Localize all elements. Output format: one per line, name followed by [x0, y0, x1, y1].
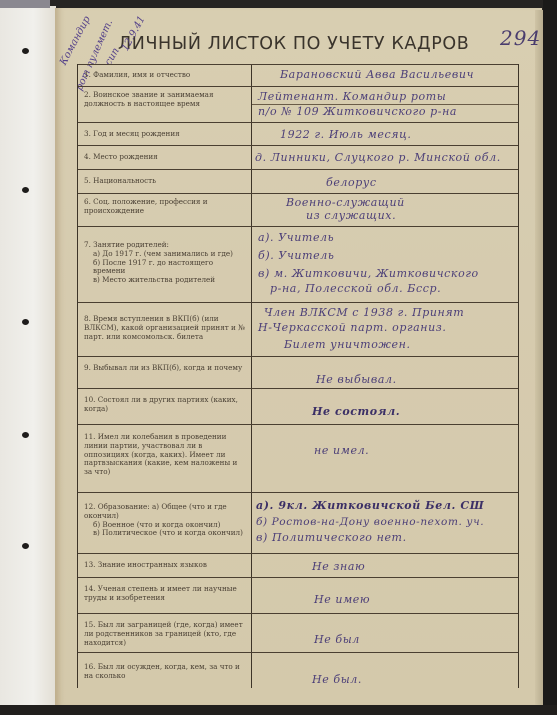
- sublabel-text: в) Политическое (что и когда окончил): [84, 529, 247, 538]
- handwritten-text: Не выбывал.: [258, 359, 512, 387]
- label-full-name: 1. Фамилия, имя и отчество: [78, 65, 252, 86]
- label-convicted: 16. Был ли осужден, когда, кем, за что и…: [78, 653, 252, 688]
- handwritten-text: Не имею: [258, 580, 512, 607]
- handwritten-text: Не состоял.: [258, 391, 512, 419]
- punch-hole-icon: [22, 543, 29, 549]
- handwritten-text: Лейтенант. Командир роты: [258, 89, 512, 104]
- handwritten-text: р-на, Полесской обл. Бсср.: [258, 282, 512, 296]
- row-rank-position: 2. Воинское звание и занимаемая должност…: [78, 86, 518, 122]
- row-convicted: 16. Был ли осужден, когда, кем, за что и…: [78, 652, 518, 688]
- handwritten-text: Член ВЛКСМ с 1938 г. Принят: [258, 305, 512, 320]
- label-birth-place: 4. Место рождения: [78, 146, 252, 169]
- handwritten-text: Не знаю: [258, 556, 512, 574]
- value-rank-position: Лейтенант. Командир роты п/о № 109 Житко…: [252, 87, 518, 122]
- label-hesitations: 11. Имел ли колебания в проведении линии…: [78, 425, 252, 492]
- label-birth-date: 3. Год и месяц рождения: [78, 123, 252, 145]
- value-hesitations: не имел.: [252, 425, 518, 492]
- scan-top-border: [50, 0, 557, 8]
- handwritten-text: а). 9кл. Житковичской Бел. СШ: [256, 495, 512, 514]
- row-nationality: 5. Национальность белорус: [78, 169, 518, 193]
- label-parents-occupation: 7. Занятие родителей: а) До 1917 г. (чем…: [78, 227, 252, 302]
- punch-hole-icon: [22, 48, 29, 54]
- handwritten-text: 1922 г. Июль месяц.: [258, 125, 512, 142]
- row-full-name: 1. Фамилия, имя и отчество Барановский А…: [78, 64, 518, 86]
- label-education: 12. Образование: а) Общее (что и где око…: [78, 493, 252, 553]
- value-social-status: Военно-служащий из служащих.: [252, 194, 518, 226]
- value-languages: Не знаю: [252, 554, 518, 577]
- punch-hole-icon: [22, 319, 29, 325]
- binding-strip: [0, 6, 56, 706]
- value-nationality: белорус: [252, 170, 518, 193]
- value-convicted: Не был.: [252, 653, 518, 688]
- value-party-membership: Член ВЛКСМ с 1938 г. Принят Н-Черкасской…: [252, 303, 518, 356]
- handwritten-text: из служащих.: [258, 209, 512, 223]
- handwritten-text: Н-Черкасской парт. организ.: [258, 320, 512, 336]
- row-abroad: 15. Был ли заграницей (где, когда) имеет…: [78, 613, 518, 652]
- ruled-line: [252, 104, 518, 105]
- row-social-status: 6. Соц. положение, профессия и происхожд…: [78, 193, 518, 226]
- label-party-membership: 8. Время вступления в ВКП(б) (или ВЛКСМ)…: [78, 303, 252, 356]
- value-full-name: Барановский Авва Васильевич: [252, 65, 518, 86]
- value-abroad: Не был: [252, 614, 518, 652]
- row-other-parties: 10. Состоял ли в других партиях (каких, …: [78, 388, 518, 424]
- value-academic-degree: Не имею: [252, 578, 518, 613]
- handwritten-text: Не был.: [258, 655, 512, 687]
- row-education: 12. Образование: а) Общее (что и где око…: [78, 492, 518, 553]
- punch-hole-icon: [22, 432, 29, 438]
- personnel-form-table: 1. Фамилия, имя и отчество Барановский А…: [77, 64, 519, 688]
- value-left-party: Не выбывал.: [252, 357, 518, 388]
- value-other-parties: Не состоял.: [252, 389, 518, 424]
- label-left-party: 9. Выбывал ли из ВКП(б), когда и почему: [78, 357, 252, 388]
- label-languages: 13. Знание иностранных языков: [78, 554, 252, 577]
- row-hesitations: 11. Имел ли колебания в проведении линии…: [78, 424, 518, 492]
- label-academic-degree: 14. Ученая степень и имеет ли научные тр…: [78, 578, 252, 613]
- row-parents-occupation: 7. Занятие родителей: а) До 1917 г. (чем…: [78, 226, 518, 302]
- label-abroad: 15. Был ли заграницей (где, когда) имеет…: [78, 614, 252, 652]
- sublabel-text: в) Место жительства родителей: [84, 276, 247, 285]
- handwritten-text: Не был: [258, 616, 512, 647]
- value-parents-occupation: а). Учитель б). Учитель в) м. Житковичи,…: [252, 227, 518, 302]
- row-party-membership: 8. Время вступления в ВКП(б) (или ВЛКСМ)…: [78, 302, 518, 356]
- handwritten-text: не имел.: [258, 427, 512, 458]
- label-text: 12. Образование: а) Общее (что и где око…: [84, 503, 247, 521]
- handwritten-text: в) м. Житковичи, Житковичского: [258, 265, 512, 282]
- handwritten-text: п/о № 109 Житковичского р-на: [258, 104, 512, 119]
- page-number: 294: [500, 26, 541, 50]
- value-birth-date: 1922 г. Июль месяц.: [252, 123, 518, 145]
- binding-clip: [0, 0, 50, 8]
- label-social-status: 6. Соц. положение, профессия и происхожд…: [78, 194, 252, 226]
- punch-hole-icon: [22, 187, 29, 193]
- handwritten-text: белорус: [258, 172, 512, 190]
- sublabel-text: б) После 1917 г. до настоящего времени: [84, 259, 247, 277]
- row-languages: 13. Знание иностранных языков Не знаю: [78, 553, 518, 577]
- handwritten-text: а). Учитель: [258, 229, 512, 247]
- handwritten-text: Военно-служащий: [258, 196, 512, 209]
- scan-right-border: [543, 0, 557, 715]
- handwritten-text: б). Учитель: [258, 247, 512, 265]
- handwritten-text: Билет уничтожен.: [258, 336, 512, 353]
- paper-edge: [535, 10, 543, 705]
- label-nationality: 5. Национальность: [78, 170, 252, 193]
- label-rank-position: 2. Воинское звание и занимаемая должност…: [78, 87, 252, 122]
- scan-bottom-border: [0, 705, 557, 715]
- handwritten-text: Барановский Авва Васильевич: [258, 67, 512, 82]
- row-birth-date: 3. Год и месяц рождения 1922 г. Июль мес…: [78, 122, 518, 145]
- label-other-parties: 10. Состоял ли в других партиях (каких, …: [78, 389, 252, 424]
- row-left-party: 9. Выбывал ли из ВКП(б), когда и почему …: [78, 356, 518, 388]
- handwritten-text: д. Линники, Слуцкого р. Минской обл.: [255, 148, 512, 165]
- value-birth-place: д. Линники, Слуцкого р. Минской обл.: [252, 146, 518, 169]
- handwritten-text: в) Политического нет.: [256, 530, 512, 546]
- row-academic-degree: 14. Ученая степень и имеет ли научные тр…: [78, 577, 518, 613]
- value-education: а). 9кл. Житковичской Бел. СШ б) Ростов-…: [252, 493, 518, 553]
- document-title: ЛИЧНЫЙ ЛИСТОК ПО УЧЕТУ КАДРОВ: [118, 34, 469, 54]
- handwritten-text: б) Ростов-на-Дону военно-пехот. уч.: [256, 514, 512, 530]
- row-birth-place: 4. Место рождения д. Линники, Слуцкого р…: [78, 145, 518, 169]
